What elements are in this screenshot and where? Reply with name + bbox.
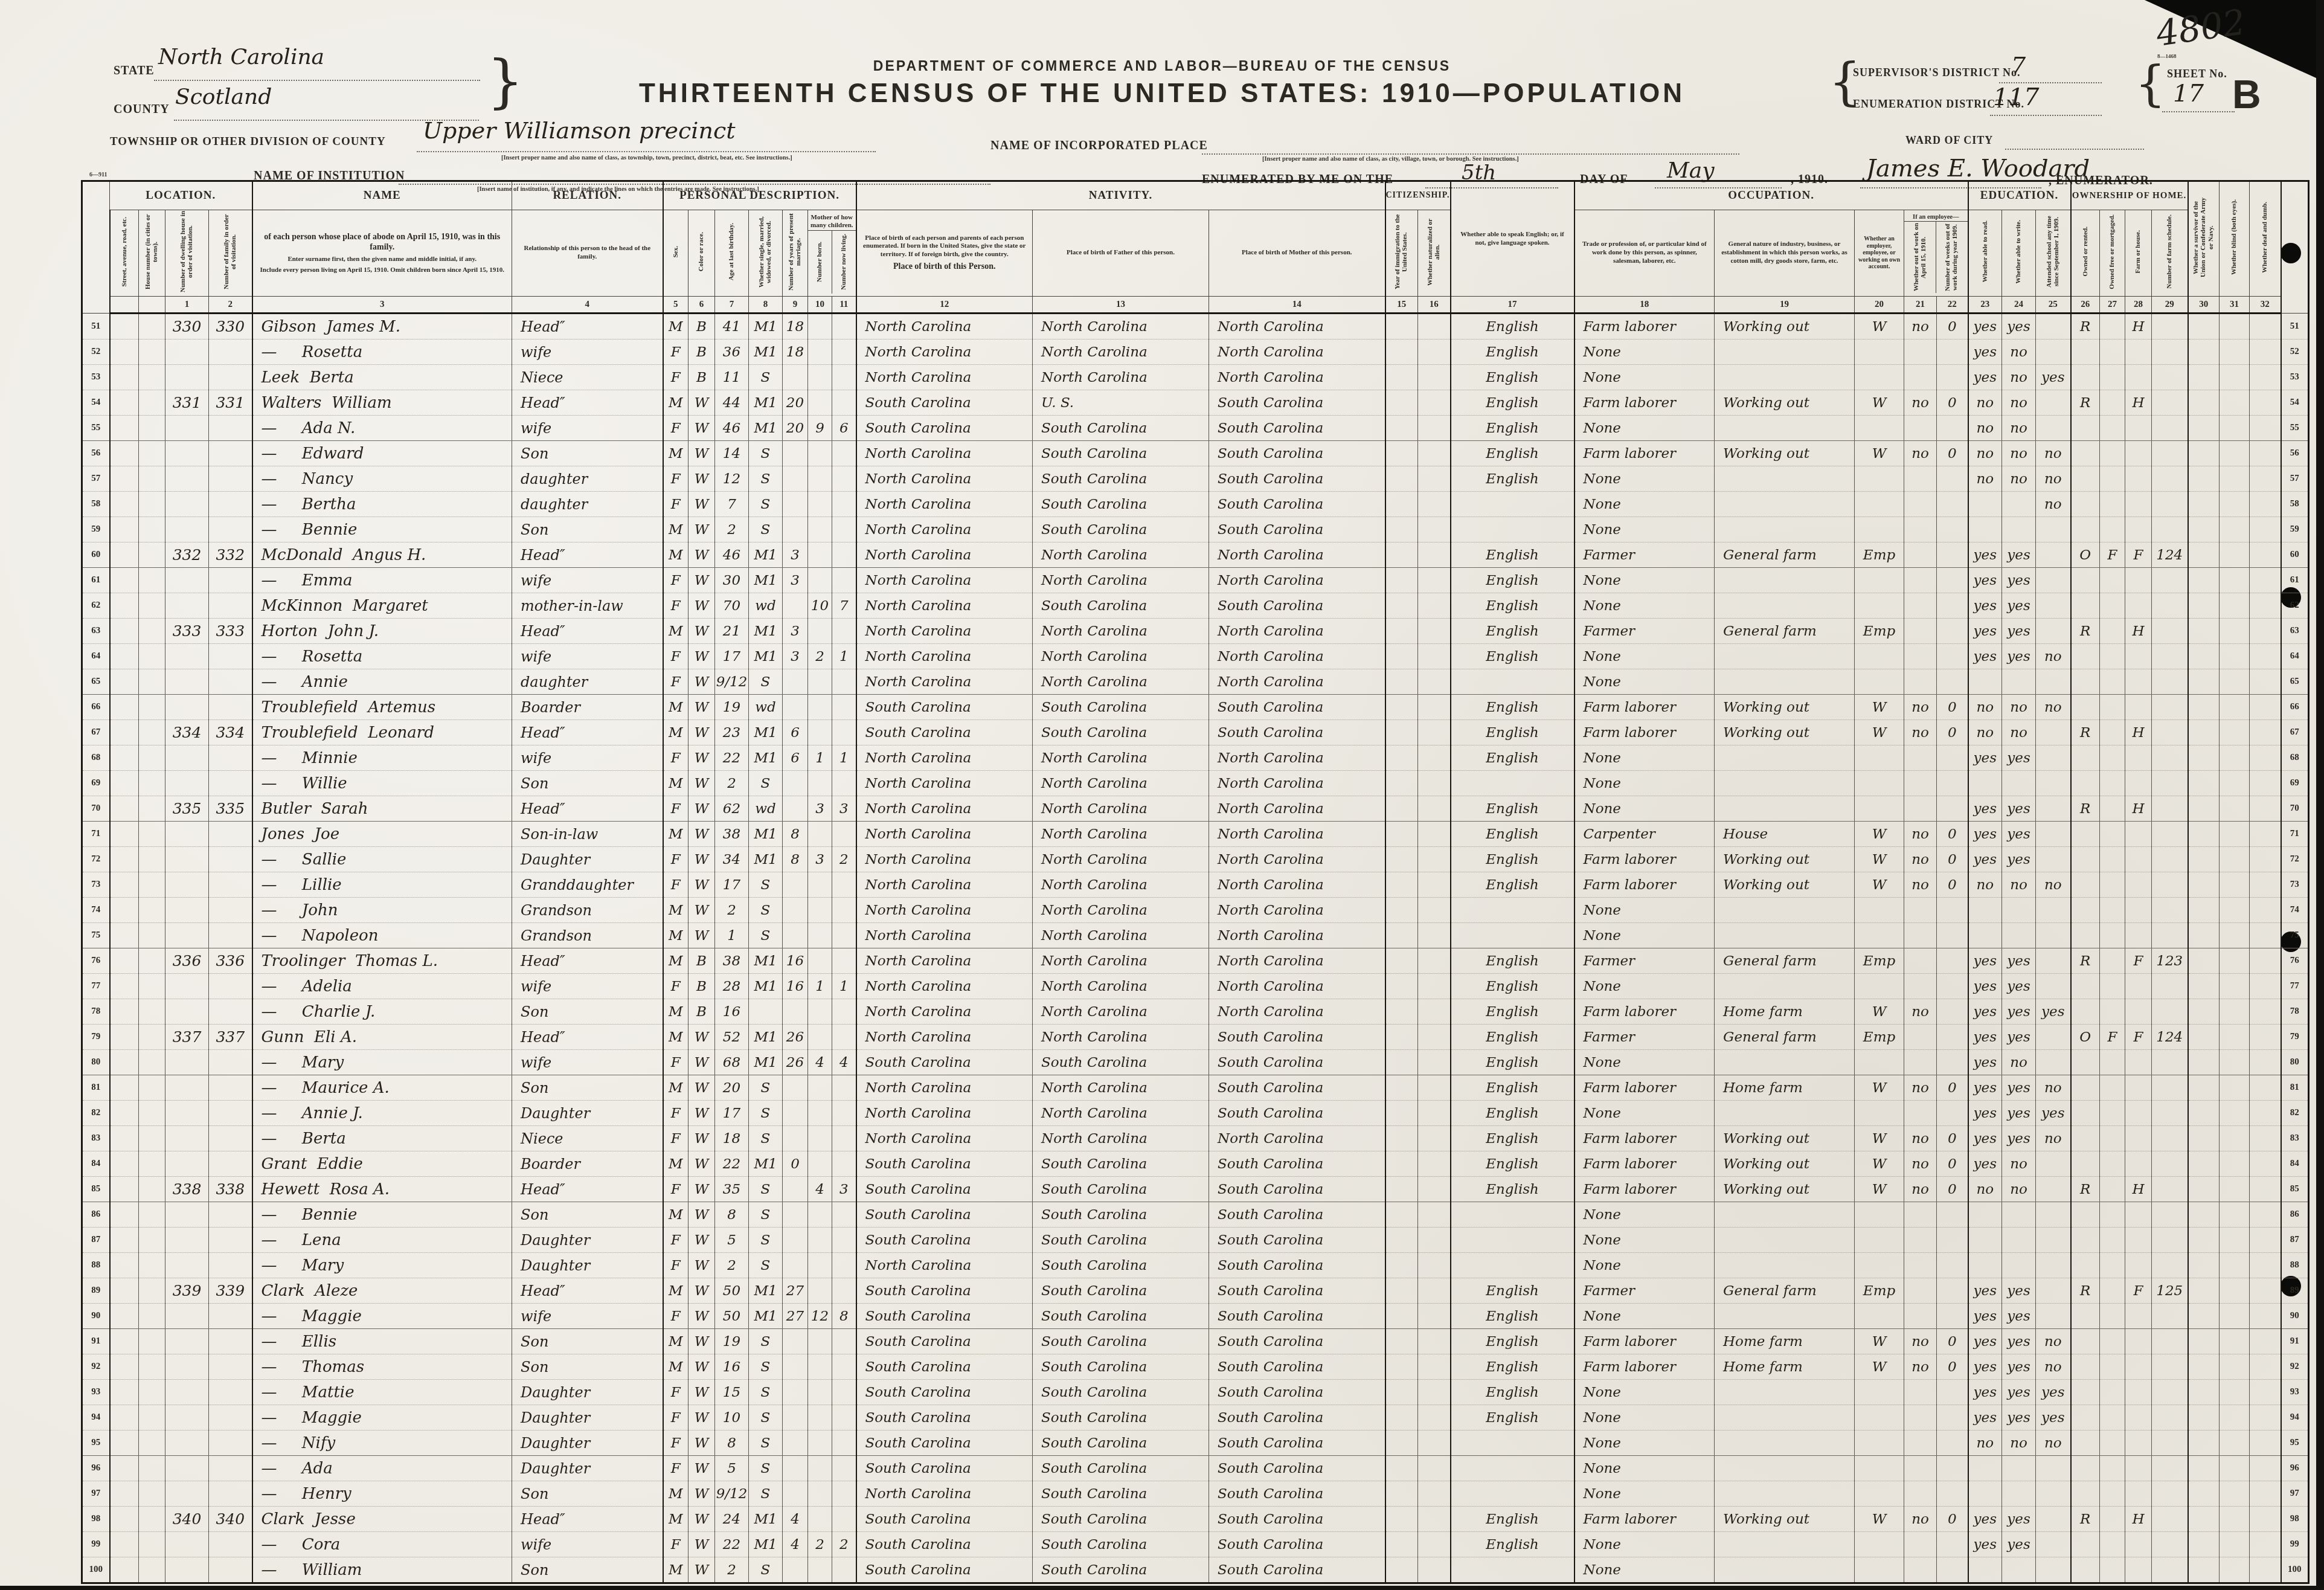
cell-write: yes bbox=[2002, 1126, 2036, 1151]
handwritten-entry: 0 bbox=[1948, 700, 1957, 715]
cell-ind bbox=[1715, 771, 1855, 796]
cell-weeks bbox=[1937, 1304, 1968, 1329]
cell-sex: M bbox=[663, 1202, 689, 1228]
handwritten-entry: South Carolina bbox=[1218, 1537, 1323, 1553]
cell-cl bbox=[832, 340, 856, 365]
cell-cb bbox=[808, 492, 832, 517]
line-number: 77 bbox=[82, 974, 110, 999]
cell-sex: M bbox=[663, 542, 689, 568]
handwritten-entry: — Bertha bbox=[262, 495, 356, 513]
cell-cl bbox=[832, 1456, 856, 1481]
handwritten-entry: W bbox=[695, 1435, 709, 1451]
cell-fh: F bbox=[2125, 542, 2152, 568]
cell-color: B bbox=[689, 999, 715, 1025]
handwritten-entry: Daughter bbox=[521, 1384, 590, 1401]
cell-fam bbox=[209, 1228, 252, 1253]
cell-name: — Annie J. bbox=[252, 1101, 512, 1126]
handwritten-entry: None bbox=[1584, 598, 1621, 614]
cell-fbp: North Carolina bbox=[1033, 619, 1209, 644]
handwritten-entry: 10 bbox=[723, 1410, 740, 1426]
handwritten-entry: W bbox=[1872, 1182, 1887, 1197]
handwritten-entry: no bbox=[1912, 725, 1929, 741]
cell-write: no bbox=[2002, 872, 2036, 898]
handwritten-entry: W bbox=[695, 1461, 709, 1476]
handwritten-entry: — Maurice A. bbox=[262, 1079, 390, 1097]
cell-eng: English bbox=[1451, 365, 1574, 390]
handwritten-entry: M bbox=[669, 1562, 683, 1578]
cell-cb bbox=[808, 1075, 832, 1101]
cell-street bbox=[110, 999, 139, 1025]
cell-read: no bbox=[1968, 390, 2002, 416]
cell-sex: F bbox=[663, 1380, 689, 1405]
cell-emp bbox=[1855, 1202, 1904, 1228]
handwritten-entry: Emp bbox=[1863, 1283, 1895, 1299]
handwritten-entry: W bbox=[695, 700, 709, 715]
cell-street bbox=[110, 847, 139, 872]
cell-mbp: North Carolina bbox=[1209, 669, 1385, 695]
handwritten-entry: North Carolina bbox=[865, 903, 972, 918]
cell-school bbox=[2036, 1253, 2071, 1278]
handwritten-entry: South Carolina bbox=[865, 1537, 971, 1553]
cell-color: W bbox=[689, 1304, 715, 1329]
handwritten-entry: 62 bbox=[723, 801, 740, 817]
cell-weeks: 0 bbox=[1937, 1126, 1968, 1151]
cell-mbp: South Carolina bbox=[1209, 416, 1385, 441]
handwritten-entry: South Carolina bbox=[1218, 1106, 1323, 1121]
cell-house bbox=[139, 1075, 165, 1101]
handwritten-entry: Head″ bbox=[521, 800, 565, 817]
cell-deaf bbox=[2250, 542, 2281, 568]
cell-age: 18 bbox=[715, 1126, 749, 1151]
handwritten-entry: South Carolina bbox=[1218, 1511, 1323, 1527]
cell-emp bbox=[1855, 1380, 1904, 1405]
cell-marital: M1 bbox=[749, 314, 783, 340]
handwritten-entry: None bbox=[1584, 979, 1621, 994]
handwritten-entry: no bbox=[1976, 446, 1994, 462]
handwritten-entry: English bbox=[1486, 852, 1539, 867]
person-row: 90— MaggiewifeFW50M127128South CarolinaS… bbox=[82, 1304, 2309, 1329]
handwritten-entry: None bbox=[1584, 776, 1621, 791]
cell-cl bbox=[832, 720, 856, 745]
handwritten-entry: English bbox=[1486, 446, 1539, 462]
cell-dw bbox=[165, 771, 209, 796]
cell-weeks bbox=[1937, 492, 1968, 517]
handwritten-entry: North Carolina bbox=[1041, 1029, 1148, 1045]
handwritten-entry: 36 bbox=[723, 344, 740, 360]
cell-house bbox=[139, 1456, 165, 1481]
cell-cb: 1 bbox=[808, 974, 832, 999]
cell-vet bbox=[2188, 542, 2220, 568]
cell-sex: F bbox=[663, 796, 689, 822]
handwritten-entry: Emp bbox=[1863, 623, 1895, 639]
cell-name: — William bbox=[252, 1557, 512, 1583]
handwritten-entry: M1 bbox=[754, 1308, 777, 1324]
cell-house bbox=[139, 568, 165, 593]
cell-sched bbox=[2152, 669, 2188, 695]
handwritten-entry: 52 bbox=[723, 1029, 740, 1045]
cell-read bbox=[1968, 1481, 2002, 1507]
handwritten-entry: W bbox=[695, 1131, 709, 1147]
line-number: 55 bbox=[82, 416, 110, 441]
line-number: 52 bbox=[2281, 340, 2309, 365]
cell-school bbox=[2036, 340, 2071, 365]
cell-emp bbox=[1855, 568, 1904, 593]
handwritten-entry: W bbox=[695, 1258, 709, 1273]
cell-relation: Head″ bbox=[512, 542, 663, 568]
cell-nat bbox=[1418, 923, 1451, 948]
handwritten-entry: F bbox=[671, 1308, 681, 1324]
handwritten-entry: Head″ bbox=[521, 724, 565, 741]
cell-color: W bbox=[689, 542, 715, 568]
cell-nat bbox=[1418, 1380, 1451, 1405]
cell-eng bbox=[1451, 1228, 1574, 1253]
cell-fam bbox=[209, 1101, 252, 1126]
cell-read: yes bbox=[1968, 822, 2002, 847]
cell-relation: Head″ bbox=[512, 619, 663, 644]
cell-weeks bbox=[1937, 1405, 1968, 1431]
line-number: 69 bbox=[2281, 771, 2309, 796]
cell-deaf bbox=[2250, 593, 2281, 619]
cell-fh bbox=[2125, 568, 2152, 593]
handwritten-entry: Leek Berta bbox=[262, 369, 354, 387]
cell-ind bbox=[1715, 1481, 1855, 1507]
cell-blind bbox=[2220, 999, 2250, 1025]
handwritten-entry: North Carolina bbox=[865, 1004, 972, 1020]
cell-out bbox=[1904, 619, 1937, 644]
handwritten-entry: North Carolina bbox=[1041, 344, 1148, 360]
handwritten-entry: R bbox=[2080, 1182, 2090, 1197]
cell-own bbox=[2071, 1532, 2100, 1557]
cell-deaf bbox=[2250, 720, 2281, 745]
person-row: 56— EdwardSonMW14SNorth CarolinaSouth Ca… bbox=[82, 441, 2309, 466]
handwritten-entry: None bbox=[1584, 1410, 1621, 1426]
handwritten-entry: W bbox=[1872, 1131, 1887, 1147]
handwritten-entry: no bbox=[2010, 1156, 2027, 1172]
cell-free bbox=[2100, 796, 2125, 822]
handwritten-entry: yes bbox=[2007, 649, 2030, 665]
handwritten-entry: F bbox=[671, 649, 681, 665]
handwritten-entry: Working out bbox=[1723, 395, 1809, 411]
handwritten-entry: 124 bbox=[2156, 1029, 2183, 1045]
cell-marital: S bbox=[749, 1431, 783, 1456]
handwritten-entry: — Nancy bbox=[262, 470, 353, 488]
cell-cb bbox=[808, 1278, 832, 1304]
handwritten-entry: no bbox=[1912, 446, 1929, 462]
handwritten-entry: yes bbox=[1974, 1080, 1997, 1096]
person-row: 59— BennieSonMW2SNorth CarolinaSouth Car… bbox=[82, 517, 2309, 542]
handwritten-entry: F bbox=[671, 674, 681, 690]
handwritten-entry: None bbox=[1584, 1106, 1621, 1121]
handwritten-entry: no bbox=[1976, 1435, 1994, 1451]
cell-blind bbox=[2220, 898, 2250, 923]
cell-fbp: North Carolina bbox=[1033, 644, 1209, 669]
handwritten-entry: M bbox=[669, 623, 683, 639]
handwritten-entry: no bbox=[2010, 877, 2027, 893]
cell-own bbox=[2071, 365, 2100, 390]
line-number: 84 bbox=[82, 1151, 110, 1177]
cell-street bbox=[110, 390, 139, 416]
handwritten-entry: Son bbox=[521, 1333, 548, 1350]
handwritten-entry: Daughter bbox=[521, 1232, 590, 1249]
person-row: 62McKinnon Margaretmother-in-lawFW70wd10… bbox=[82, 593, 2309, 619]
cell-name: — Maggie bbox=[252, 1405, 512, 1431]
cell-cb bbox=[808, 542, 832, 568]
cell-relation: Son bbox=[512, 441, 663, 466]
cell-yrs: 26 bbox=[783, 1050, 808, 1075]
cell-name: — Bennie bbox=[252, 517, 512, 542]
handwritten-entry: Head″ bbox=[521, 953, 565, 970]
cell-fam bbox=[209, 923, 252, 948]
handwritten-entry: no bbox=[1976, 471, 1994, 487]
cell-name: Troublefield Artemus bbox=[252, 695, 512, 720]
handwritten-entry: Farm laborer bbox=[1584, 1359, 1676, 1375]
handwritten-entry: S bbox=[761, 1080, 771, 1096]
cell-out bbox=[1904, 416, 1937, 441]
cell-eng bbox=[1451, 898, 1574, 923]
cell-nat bbox=[1418, 390, 1451, 416]
handwritten-entry: 7 bbox=[727, 497, 736, 512]
cell-sex: F bbox=[663, 1456, 689, 1481]
cell-cb: 3 bbox=[808, 796, 832, 822]
handwritten-entry: M1 bbox=[754, 953, 777, 969]
line-number: 93 bbox=[82, 1380, 110, 1405]
cell-vet bbox=[2188, 847, 2220, 872]
cell-cl bbox=[832, 1405, 856, 1431]
cell-trade: None bbox=[1574, 974, 1715, 999]
census-table-header: LOCATION. NAME RELATION. PERSONAL DESCRI… bbox=[82, 181, 2309, 314]
handwritten-entry: Head″ bbox=[521, 623, 565, 640]
cell-fam bbox=[209, 1151, 252, 1177]
handwritten-entry: no bbox=[1912, 1359, 1929, 1375]
cell-mbp: North Carolina bbox=[1209, 872, 1385, 898]
handwritten-entry: no bbox=[1976, 1182, 1994, 1197]
handwritten-entry: W bbox=[695, 420, 709, 436]
cell-fbp: South Carolina bbox=[1033, 1481, 1209, 1507]
cell-cl bbox=[832, 1101, 856, 1126]
person-row: 89339339Clark AlezeHead″MW50M127South Ca… bbox=[82, 1278, 2309, 1304]
handwritten-entry: W bbox=[695, 1080, 709, 1096]
cell-eng bbox=[1451, 1456, 1574, 1481]
handwritten-entry: 8 bbox=[839, 1308, 849, 1324]
cell-bp: North Carolina bbox=[856, 619, 1033, 644]
handwritten-entry: English bbox=[1486, 598, 1539, 614]
cell-free bbox=[2100, 695, 2125, 720]
cell-name: — Mattie bbox=[252, 1380, 512, 1405]
cell-own bbox=[2071, 1354, 2100, 1380]
cell-imm bbox=[1385, 1278, 1418, 1304]
cell-sex: F bbox=[663, 1177, 689, 1202]
handwritten-entry: 12 bbox=[723, 471, 740, 487]
cell-out bbox=[1904, 1101, 1937, 1126]
cell-own bbox=[2071, 1075, 2100, 1101]
handwritten-entry: yes bbox=[1974, 801, 1997, 817]
handwritten-entry: — Adelia bbox=[262, 977, 352, 996]
cell-imm bbox=[1385, 1304, 1418, 1329]
cell-eng: English bbox=[1451, 1278, 1574, 1304]
cell-write bbox=[2002, 669, 2036, 695]
cell-marital: S bbox=[749, 492, 783, 517]
cell-cb bbox=[808, 695, 832, 720]
cell-read: yes bbox=[1968, 314, 2002, 340]
cell-fh bbox=[2125, 695, 2152, 720]
cell-marital: S bbox=[749, 1177, 783, 1202]
census-table-wrap: LOCATION. NAME RELATION. PERSONAL DESCRI… bbox=[81, 180, 2310, 1584]
handwritten-entry: 18 bbox=[786, 344, 804, 360]
cell-nat bbox=[1418, 669, 1451, 695]
cell-age: 11 bbox=[715, 365, 749, 390]
cell-relation: Son bbox=[512, 1481, 663, 1507]
cell-dw bbox=[165, 1380, 209, 1405]
cell-own bbox=[2071, 822, 2100, 847]
handwritten-entry: 50 bbox=[723, 1283, 740, 1299]
handwritten-entry: None bbox=[1584, 497, 1621, 512]
cell-street bbox=[110, 1557, 139, 1583]
scan-dark-edge-bottom bbox=[0, 1586, 2324, 1590]
handwritten-entry: South Carolina bbox=[1218, 420, 1323, 436]
cell-age: 9/12 bbox=[715, 1481, 749, 1507]
cell-sched bbox=[2152, 1050, 2188, 1075]
cell-deaf bbox=[2250, 974, 2281, 999]
cell-trade: None bbox=[1574, 1228, 1715, 1253]
cell-out bbox=[1904, 365, 1937, 390]
cell-vet bbox=[2188, 948, 2220, 974]
cell-eng: English bbox=[1451, 745, 1574, 771]
cell-sex: M bbox=[663, 999, 689, 1025]
cell-vet bbox=[2188, 517, 2220, 542]
handwritten-entry: M1 bbox=[754, 649, 777, 665]
col-mother-birthplace-header: Place of birth of Mother of this person. bbox=[1209, 210, 1385, 297]
line-number: 82 bbox=[2281, 1101, 2309, 1126]
handwritten-entry: North Carolina bbox=[1041, 877, 1148, 893]
handwritten-entry: yes bbox=[2007, 573, 2030, 588]
cell-nat bbox=[1418, 872, 1451, 898]
cell-school bbox=[2036, 1304, 2071, 1329]
cell-read: yes bbox=[1968, 1151, 2002, 1177]
col-number-relation: 4 bbox=[512, 297, 663, 314]
cell-deaf bbox=[2250, 1456, 2281, 1481]
cell-fbp: South Carolina bbox=[1033, 1507, 1209, 1532]
handwritten-entry: Son bbox=[521, 1206, 548, 1223]
cell-marital: S bbox=[749, 441, 783, 466]
cell-own bbox=[2071, 1126, 2100, 1151]
handwritten-entry: 332 bbox=[216, 546, 245, 564]
col-mother-children-header: Mother of how many children. Number born… bbox=[808, 210, 856, 297]
cell-write bbox=[2002, 898, 2036, 923]
cell-fh bbox=[2125, 517, 2152, 542]
cell-own bbox=[2071, 593, 2100, 619]
cell-cl bbox=[832, 1126, 856, 1151]
cell-ind bbox=[1715, 517, 1855, 542]
cell-own: R bbox=[2071, 1278, 2100, 1304]
cell-dw bbox=[165, 340, 209, 365]
cell-ind: Working out bbox=[1715, 1126, 1855, 1151]
cell-weeks: 0 bbox=[1937, 390, 1968, 416]
cell-name: — Mary bbox=[252, 1253, 512, 1278]
handwritten-entry: no bbox=[2010, 420, 2027, 436]
handwritten-entry: English bbox=[1486, 623, 1539, 639]
cell-bp: North Carolina bbox=[856, 745, 1033, 771]
cell-dw bbox=[165, 568, 209, 593]
handwritten-entry: S bbox=[761, 446, 771, 462]
cell-weeks: 0 bbox=[1937, 1329, 1968, 1354]
cell-fh bbox=[2125, 669, 2152, 695]
handwritten-entry: 4 bbox=[815, 1055, 824, 1070]
handwritten-entry: W bbox=[695, 471, 709, 487]
cell-weeks bbox=[1937, 1025, 1968, 1050]
handwritten-entry: yes bbox=[2007, 1308, 2030, 1324]
group-occupation: OCCUPATION. bbox=[1574, 181, 1968, 210]
cell-blind bbox=[2220, 669, 2250, 695]
cell-weeks bbox=[1937, 1101, 1968, 1126]
cell-fh: H bbox=[2125, 1507, 2152, 1532]
cell-color: W bbox=[689, 1050, 715, 1075]
cell-sched bbox=[2152, 1177, 2188, 1202]
cell-relation: Daughter bbox=[512, 1431, 663, 1456]
handwritten-entry: North Carolina bbox=[1041, 623, 1148, 639]
line-number: 90 bbox=[2281, 1304, 2309, 1329]
cell-ind bbox=[1715, 898, 1855, 923]
cell-yrs: 18 bbox=[783, 314, 808, 340]
handwritten-entry: 22 bbox=[723, 750, 740, 766]
cell-imm bbox=[1385, 1050, 1418, 1075]
cell-write: yes bbox=[2002, 974, 2036, 999]
cell-relation: daughter bbox=[512, 669, 663, 695]
handwritten-entry: daughter bbox=[521, 471, 588, 488]
form-number: 6—911 bbox=[89, 172, 107, 178]
cell-sex: M bbox=[663, 314, 689, 340]
cell-house bbox=[139, 593, 165, 619]
handwritten-entry: yes bbox=[2007, 598, 2030, 614]
handwritten-entry: North Carolina bbox=[865, 1258, 972, 1273]
handwritten-entry: S bbox=[761, 1562, 771, 1578]
cell-nat bbox=[1418, 365, 1451, 390]
cell-own bbox=[2071, 1431, 2100, 1456]
cell-fh: H bbox=[2125, 1177, 2152, 1202]
cell-emp bbox=[1855, 771, 1904, 796]
cell-vet bbox=[2188, 1126, 2220, 1151]
cell-vet bbox=[2188, 923, 2220, 948]
cell-fbp: South Carolina bbox=[1033, 1380, 1209, 1405]
line-number: 67 bbox=[82, 720, 110, 745]
cell-school bbox=[2036, 898, 2071, 923]
cell-blind bbox=[2220, 542, 2250, 568]
handwritten-entry: yes bbox=[1974, 547, 1997, 563]
cell-cl bbox=[832, 1557, 856, 1583]
handwritten-entry: South Carolina bbox=[1041, 1283, 1147, 1299]
handwritten-entry: 6 bbox=[839, 420, 849, 436]
cell-marital: S bbox=[749, 1329, 783, 1354]
handwritten-entry: Daughter bbox=[521, 1105, 590, 1122]
cell-sex: M bbox=[663, 695, 689, 720]
handwritten-entry: 0 bbox=[1948, 852, 1957, 867]
handwritten-entry: R bbox=[2080, 623, 2090, 639]
handwritten-entry: Farm laborer bbox=[1584, 1131, 1676, 1147]
handwritten-entry: W bbox=[695, 928, 709, 944]
handwritten-entry: yes bbox=[2007, 1410, 2030, 1426]
cell-dw bbox=[165, 1304, 209, 1329]
cell-sex: F bbox=[663, 1304, 689, 1329]
handwritten-entry: General farm bbox=[1723, 953, 1817, 969]
cell-school bbox=[2036, 314, 2071, 340]
cell-read: no bbox=[1968, 1177, 2002, 1202]
handwritten-entry: Clark Jesse bbox=[262, 1510, 356, 1528]
handwritten-entry: North Carolina bbox=[1218, 979, 1324, 994]
handwritten-entry: North Carolina bbox=[865, 953, 972, 969]
cell-read: yes bbox=[1968, 999, 2002, 1025]
handwritten-entry: 21 bbox=[723, 623, 740, 639]
cell-relation: Head″ bbox=[512, 390, 663, 416]
cell-emp: Emp bbox=[1855, 1278, 1904, 1304]
